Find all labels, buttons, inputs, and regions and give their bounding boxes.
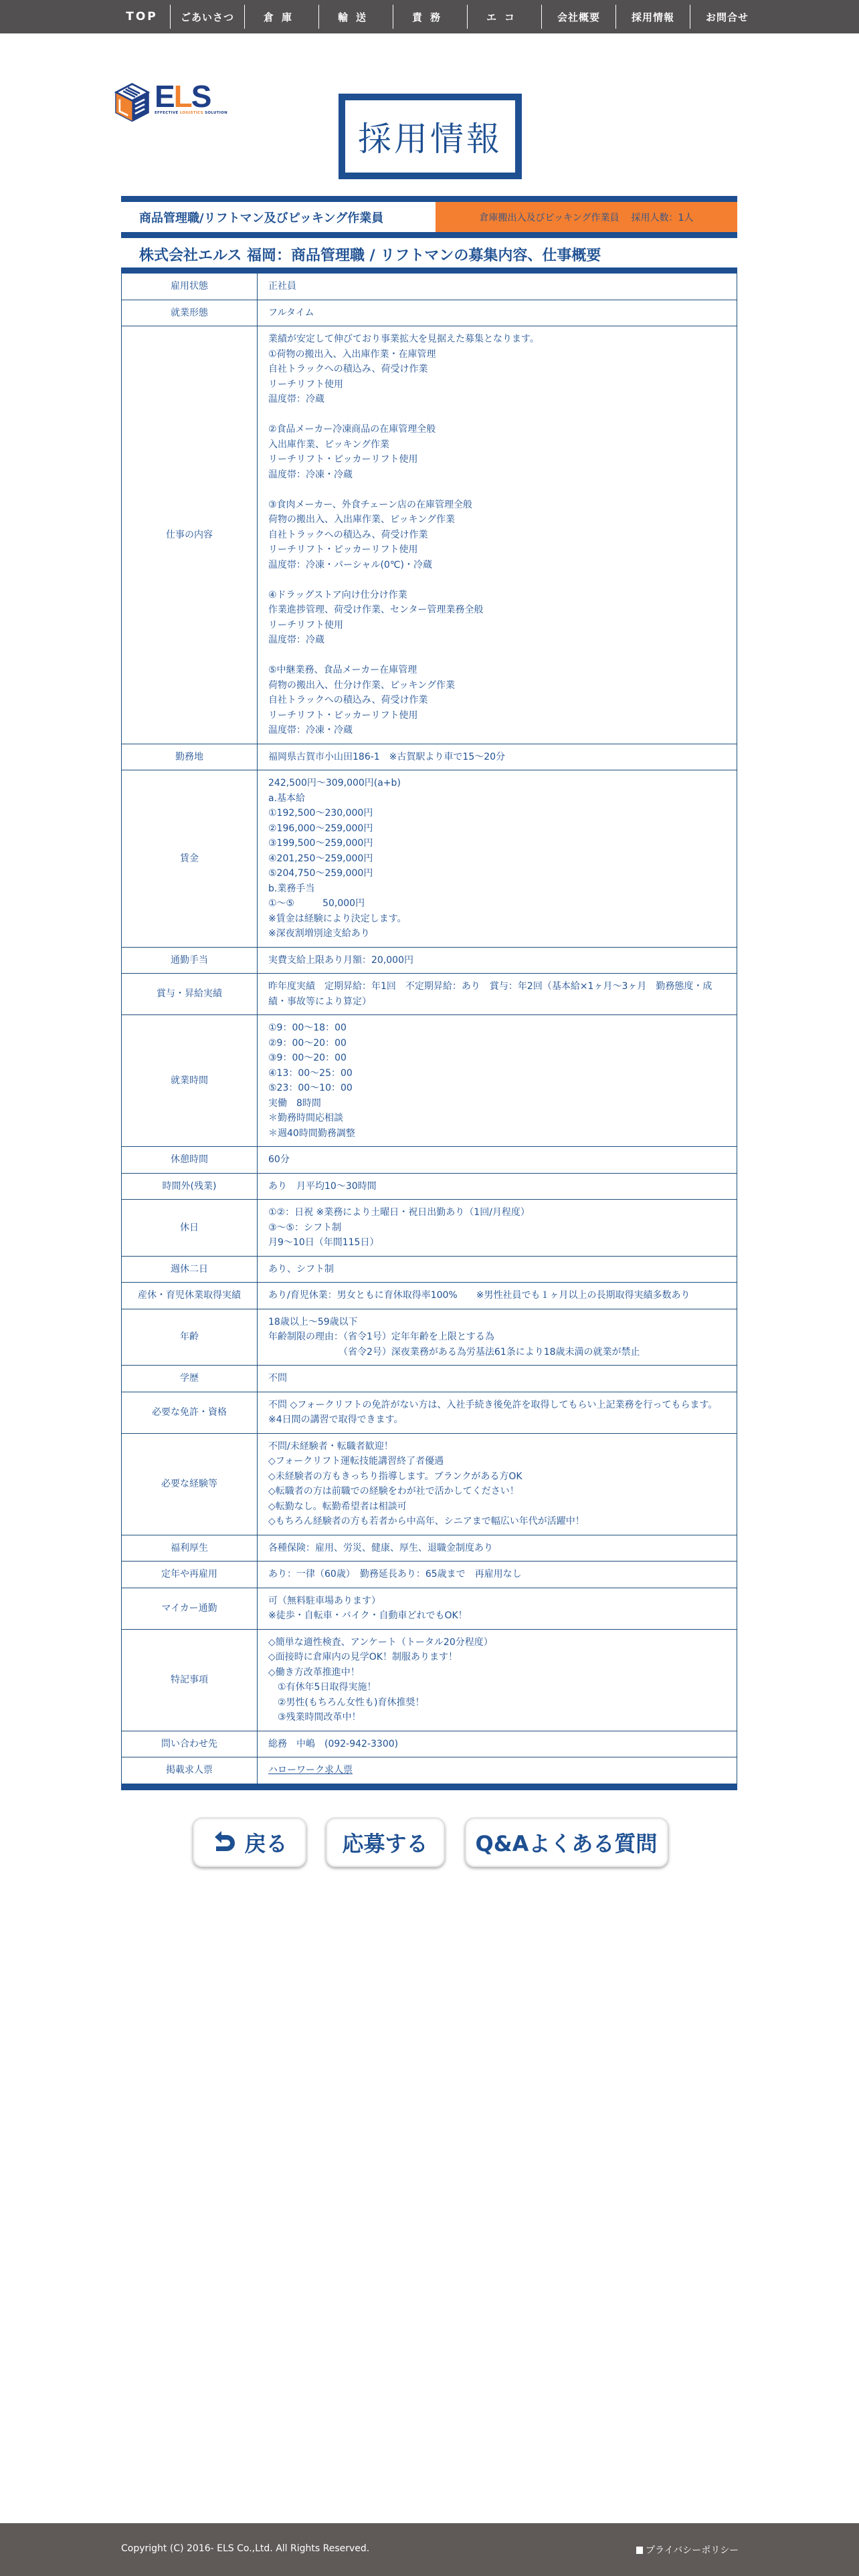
row-label: 仕事の内容 [122, 326, 258, 744]
row-value: 可（無料駐車場あります） ※徒歩・自転車・バイク・自動車どれでもOK！ [258, 1588, 737, 1629]
row-label: 雇用状態 [122, 271, 258, 300]
row-value: あり 月平均10〜30時間 [258, 1173, 737, 1200]
nav-items: TOP ごあいさつ 倉庫 輸送 責務 エコ 会社概要 採用情報 お問合せ [95, 0, 764, 33]
table-row-holidays: 休日①②：日祝 ※業務により土曜日・祝日出勤あり（1回/月程度） ③〜⑤：シフト… [122, 1200, 737, 1257]
table-row-age: 年齢18歳以上〜59歳以下 年齢制限の理由：（省令1号）定年年齢を上限とする為 … [122, 1309, 737, 1366]
table-row-education: 学歴不問 [122, 1366, 737, 1392]
table-row-employment-status: 雇用状態正社員 [122, 271, 737, 300]
row-label: 掲載求人票 [122, 1757, 258, 1787]
row-value: あり/育児休業：男女ともに育休取得率100% ※男性社員でも１ヶ月以上の長期取得… [258, 1283, 737, 1309]
job-header-band: 商品管理職/リフトマン及びピッキング作業員 倉庫搬出入及びピッキング作業員 採用… [121, 196, 737, 238]
nav-item-top[interactable]: TOP [114, 5, 170, 29]
logo-tagline: EFFECTIVE LOGISTICS SOLUTION [155, 111, 227, 115]
table-row-overtime: 時間外(残業)あり 月平均10〜30時間 [122, 1173, 737, 1200]
apply-button[interactable]: 応募する [326, 1818, 445, 1867]
table-row-experience: 必要な経験等不問/未経験者・転職者歓迎！ ◇フォークリフト運転技能講習終了者優遇… [122, 1433, 737, 1535]
row-label: 必要な免許・資格 [122, 1392, 258, 1433]
table-row-job-description: 仕事の内容業績が安定して伸びており事業拡大を見据えた募集となります。 ①荷物の搬… [122, 326, 737, 744]
row-value: あり、シフト制 [258, 1256, 737, 1283]
row-value: 昨年度実績 定期昇給：年1回 不定期昇給：あり 賞与：年2回（基本給×1ヶ月〜3… [258, 974, 737, 1015]
row-label: 賞与・昇給実績 [122, 974, 258, 1015]
table-row-benefits: 福利厚生各種保険：雇用、労災、健康、厚生、退職金制度あり [122, 1535, 737, 1562]
row-value: 業績が安定して伸びており事業拡大を見据えた募集となります。 ①荷物の搬出入、入出… [258, 326, 737, 744]
table-row-work-type: 就業形態フルタイム [122, 300, 737, 326]
row-label: 休憩時間 [122, 1147, 258, 1174]
return-arrow-icon [211, 1829, 237, 1856]
row-label: 学歴 [122, 1366, 258, 1392]
row-label: 時間外(残業) [122, 1173, 258, 1200]
job-headcount: 採用人数：1人 [632, 211, 694, 224]
row-value: 242,500円〜309,000円(a+b) a.基本給 ①192,500〜23… [258, 770, 737, 948]
table-row-two-days-off: 週休二日あり、シフト制 [122, 1256, 737, 1283]
row-value: 18歳以上〜59歳以下 年齢制限の理由：（省令1号）定年年齢を上限とする為 （省… [258, 1309, 737, 1366]
logo-text: ELS EFFECTIVE LOGISTICS SOLUTION [155, 83, 227, 115]
table-row-car-commute: マイカー通勤可（無料駐車場あります） ※徒歩・自転車・バイク・自動車どれでもOK… [122, 1588, 737, 1629]
site-footer: Copyright (C) 2016- ELS Co.,Ltd. All Rig… [0, 2523, 859, 2576]
row-value: ハローワーク求人票 [258, 1757, 737, 1787]
nav-item-greeting[interactable]: ごあいさつ [170, 5, 244, 29]
apply-button-label: 応募する [342, 1827, 427, 1858]
row-value: あり：一律（60歳） 勤務延長あり：65歳まで 再雇用なし [258, 1562, 737, 1588]
row-value: 各種保険：雇用、労災、健康、厚生、退職金制度あり [258, 1535, 737, 1562]
row-value: 不問 ◇フォークリフトの免許がない方は、入社手続き後免許を取得してもらい上記業務… [258, 1392, 737, 1433]
nav-item-responsibility[interactable]: 責務 [393, 5, 467, 29]
row-value: ①9：00〜18：00 ②9：00〜20：00 ③9：00〜20：00 ④13：… [258, 1015, 737, 1147]
square-bullet-icon [636, 2547, 643, 2554]
nav-item-recruit[interactable]: 採用情報 [615, 5, 690, 29]
row-label: マイカー通勤 [122, 1588, 258, 1629]
row-label: 定年や再雇用 [122, 1562, 258, 1588]
row-value: ◇簡単な適性検査、アンケート（トータル20分程度） ◇面接時に倉庫内の見学OK！… [258, 1629, 737, 1731]
job-content: 商品管理職/リフトマン及びピッキング作業員 倉庫搬出入及びピッキング作業員 採用… [121, 196, 737, 1790]
job-details-table: 雇用状態正社員 就業形態フルタイム 仕事の内容業績が安定して伸びており事業拡大を… [121, 267, 737, 1790]
row-label: 特記事項 [122, 1629, 258, 1731]
row-label: 問い合わせ先 [122, 1731, 258, 1757]
job-subtitle: 株式会社エルス 福岡：商品管理職 / リフトマンの募集内容、仕事概要 [121, 238, 737, 267]
row-label: 産休・育児休業取得実績 [122, 1283, 258, 1309]
table-row-wage: 賃金242,500円〜309,000円(a+b) a.基本給 ①192,500〜… [122, 770, 737, 948]
row-label: 通勤手当 [122, 947, 258, 974]
global-nav: TOP ごあいさつ 倉庫 輸送 責務 エコ 会社概要 採用情報 お問合せ [0, 0, 859, 33]
back-button[interactable]: 戻る [193, 1818, 306, 1867]
row-value: フルタイム [258, 300, 737, 326]
job-meta: 倉庫搬出入及びピッキング作業員 採用人数：1人 [436, 202, 737, 232]
copyright: Copyright (C) 2016- ELS Co.,Ltd. All Rig… [121, 2543, 369, 2554]
nav-item-transport[interactable]: 輸送 [318, 5, 393, 29]
table-row-break-time: 休憩時間60分 [122, 1147, 737, 1174]
row-value: ①②：日祝 ※業務により土曜日・祝日出勤あり（1回/月程度） ③〜⑤：シフト制 … [258, 1200, 737, 1257]
table-row-job-listing: 掲載求人票ハローワーク求人票 [122, 1757, 737, 1787]
row-label: 休日 [122, 1200, 258, 1257]
row-value: 60分 [258, 1147, 737, 1174]
table-row-licenses: 必要な免許・資格不問 ◇フォークリフトの免許がない方は、入社手続き後免許を取得し… [122, 1392, 737, 1433]
job-title: 商品管理職/リフトマン及びピッキング作業員 [121, 202, 436, 232]
els-logo[interactable]: ELS EFFECTIVE LOGISTICS SOLUTION [114, 80, 227, 127]
els-cube-logo-icon [114, 80, 151, 126]
page-title: 採用情報 [339, 94, 522, 179]
privacy-policy-label: プライバシーポリシー [646, 2543, 739, 2557]
back-button-label: 戻る [244, 1827, 287, 1858]
row-value: 総務 中嶋 (092-942-3300) [258, 1731, 737, 1757]
table-row-work-hours: 就業時間①9：00〜18：00 ②9：00〜20：00 ③9：00〜20：00 … [122, 1015, 737, 1147]
table-row-location: 勤務地福岡県古賀市小山田186-1 ※古賀駅より車で15〜20分 [122, 744, 737, 770]
nav-item-eco[interactable]: エコ [467, 5, 541, 29]
table-row-bonus: 賞与・昇給実績昨年度実績 定期昇給：年1回 不定期昇給：あり 賞与：年2回（基本… [122, 974, 737, 1015]
row-value: 正社員 [258, 271, 737, 300]
hellowork-listing-link[interactable]: ハローワーク求人票 [268, 1765, 353, 1776]
table-row-notes: 特記事項◇簡単な適性検査、アンケート（トータル20分程度） ◇面接時に倉庫内の見… [122, 1629, 737, 1731]
action-buttons: 戻る 応募する Q&Aよくある質問 [0, 1818, 859, 1867]
nav-item-company[interactable]: 会社概要 [541, 5, 615, 29]
row-label: 勤務地 [122, 744, 258, 770]
row-label: 必要な経験等 [122, 1433, 258, 1535]
table-row-retirement: 定年や再雇用あり：一律（60歳） 勤務延長あり：65歳まで 再雇用なし [122, 1562, 737, 1588]
job-category: 倉庫搬出入及びピッキング作業員 [480, 211, 619, 224]
row-label: 週休二日 [122, 1256, 258, 1283]
nav-item-warehouse[interactable]: 倉庫 [244, 5, 318, 29]
row-label: 年齢 [122, 1309, 258, 1366]
row-label: 就業形態 [122, 300, 258, 326]
row-label: 賃金 [122, 770, 258, 948]
faq-button[interactable]: Q&Aよくある質問 [465, 1818, 668, 1867]
page-header: ELS EFFECTIVE LOGISTICS SOLUTION 採用情報 [0, 33, 859, 194]
table-row-commute-allowance: 通勤手当実費支給上限あり月額：20,000円 [122, 947, 737, 974]
logo-wordmark: ELS [155, 83, 227, 110]
table-row-contact: 問い合わせ先総務 中嶋 (092-942-3300) [122, 1731, 737, 1757]
nav-item-contact[interactable]: お問合せ [690, 5, 764, 29]
table-row-parental-leave: 産休・育児休業取得実績あり/育児休業：男女ともに育休取得率100% ※男性社員で… [122, 1283, 737, 1309]
row-value: 不問 [258, 1366, 737, 1392]
row-value: 福岡県古賀市小山田186-1 ※古賀駅より車で15〜20分 [258, 744, 737, 770]
privacy-policy-link[interactable]: プライバシーポリシー [636, 2543, 739, 2557]
faq-button-label: Q&Aよくある質問 [476, 1827, 658, 1858]
row-value: 不問/未経験者・転職者歓迎！ ◇フォークリフト運転技能講習終了者優遇 ◇未経験者… [258, 1433, 737, 1535]
row-label: 福利厚生 [122, 1535, 258, 1562]
row-value: 実費支給上限あり月額：20,000円 [258, 947, 737, 974]
row-label: 就業時間 [122, 1015, 258, 1147]
